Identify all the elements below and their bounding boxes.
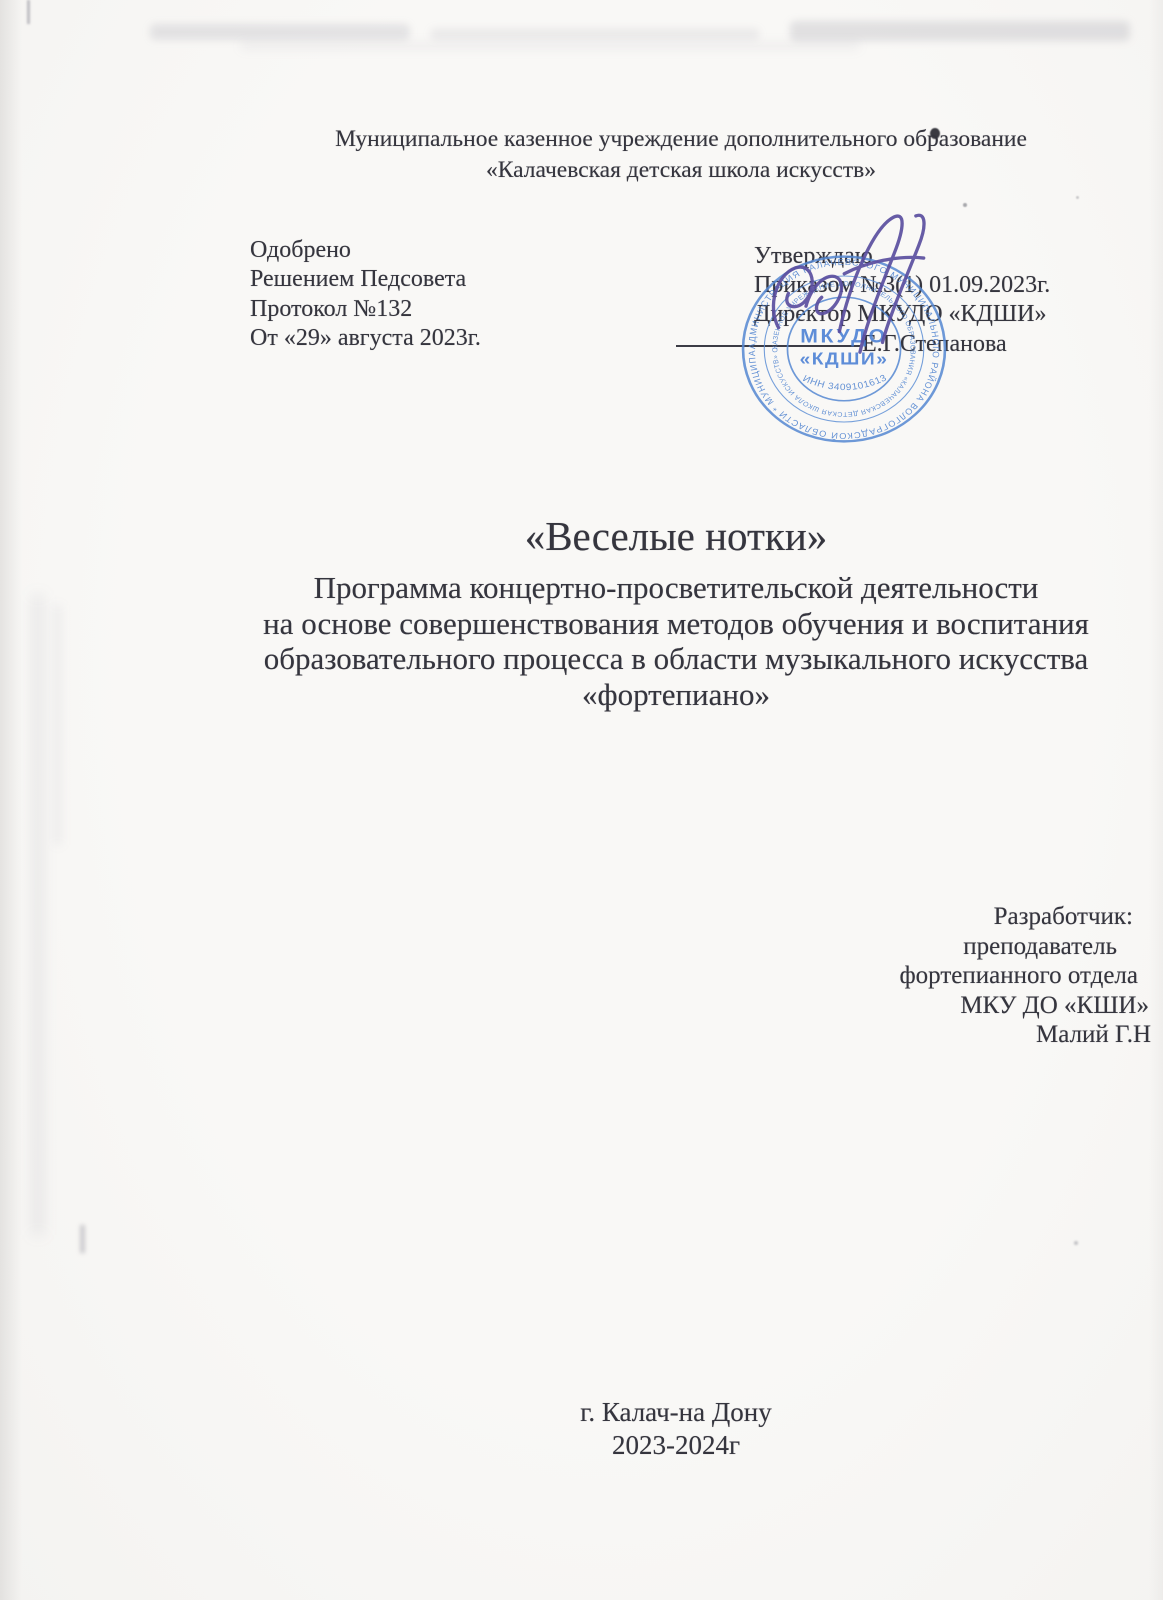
approval-left-line: Протокол №132 (250, 295, 481, 324)
scan-artifact-ghost-text (430, 28, 760, 40)
developer-department: фортепианного отдела (631, 961, 1151, 991)
signature-row: Е.Г.Степанова (676, 325, 1007, 358)
approval-left-line: Одобрено (250, 236, 481, 265)
developer-name: Малий Г.Н (631, 1020, 1151, 1050)
scan-artifact-speck (1076, 196, 1079, 199)
developer-label: Разработчик: (631, 902, 1151, 932)
document-title-block: «Веселые нотки» Программа концертно-прос… (196, 512, 1156, 712)
signer-name: Е.Г.Степанова (862, 331, 1007, 357)
institution-header: Муниципальное казенное учреждение дополн… (199, 124, 1163, 186)
approval-block-right: Утверждаю Приказом №3(1) 01.09.2023г. Ди… (754, 242, 1050, 328)
institution-name-line2: «Калачевская детская школа искусств» (199, 155, 1163, 186)
scanned-document-page: Муниципальное казенное учреждение дополн… (0, 0, 1163, 1600)
footer-block: г. Калач-на Дону 2023-2024г (196, 1396, 1156, 1462)
scan-artifact-ghost-text (240, 42, 860, 50)
program-subtitle-line: образовательного процесса в области музы… (196, 641, 1156, 677)
signature-line (676, 321, 860, 347)
stamp-inn-text: ИНН 3409101613 (801, 373, 889, 393)
developer-block: Разработчик: преподаватель фортепианного… (631, 902, 1151, 1050)
footer-years: 2023-2024г (196, 1429, 1156, 1462)
scan-artifact-streak (33, 595, 43, 1235)
program-subtitle-line: «фортепиано» (196, 677, 1156, 713)
scan-artifact-ghost-text (150, 24, 410, 40)
developer-role: преподаватель (631, 932, 1151, 962)
scan-artifact-streak (80, 1225, 85, 1253)
approval-right-line: Утверждаю (754, 242, 1050, 271)
institution-name-line1: Муниципальное казенное учреждение дополн… (199, 124, 1163, 155)
scan-artifact-streak (55, 605, 61, 845)
program-subtitle-line: на основе совершенствования методов обуч… (196, 606, 1156, 642)
program-title: «Веселые нотки» (196, 512, 1156, 560)
scan-artifact-streak (27, 0, 30, 24)
program-subtitle-line: Программа концертно-просветительской дея… (196, 570, 1156, 606)
scan-artifact-ghost-text (790, 21, 1130, 41)
approval-left-line: От «29» августа 2023г. (250, 324, 481, 353)
scan-artifact-speck (1074, 1241, 1078, 1245)
approval-block-left: Одобрено Решением Педсовета Протокол №13… (250, 236, 481, 353)
developer-institution: МКУ ДО «КШИ» (631, 991, 1151, 1021)
approval-right-line: Приказом №3(1) 01.09.2023г. (754, 271, 1050, 300)
scan-artifact-speck (963, 203, 967, 207)
approval-left-line: Решением Педсовета (250, 265, 481, 294)
svg-text:ИНН 3409101613: ИНН 3409101613 (801, 373, 889, 393)
footer-city: г. Калач-на Дону (196, 1396, 1156, 1429)
